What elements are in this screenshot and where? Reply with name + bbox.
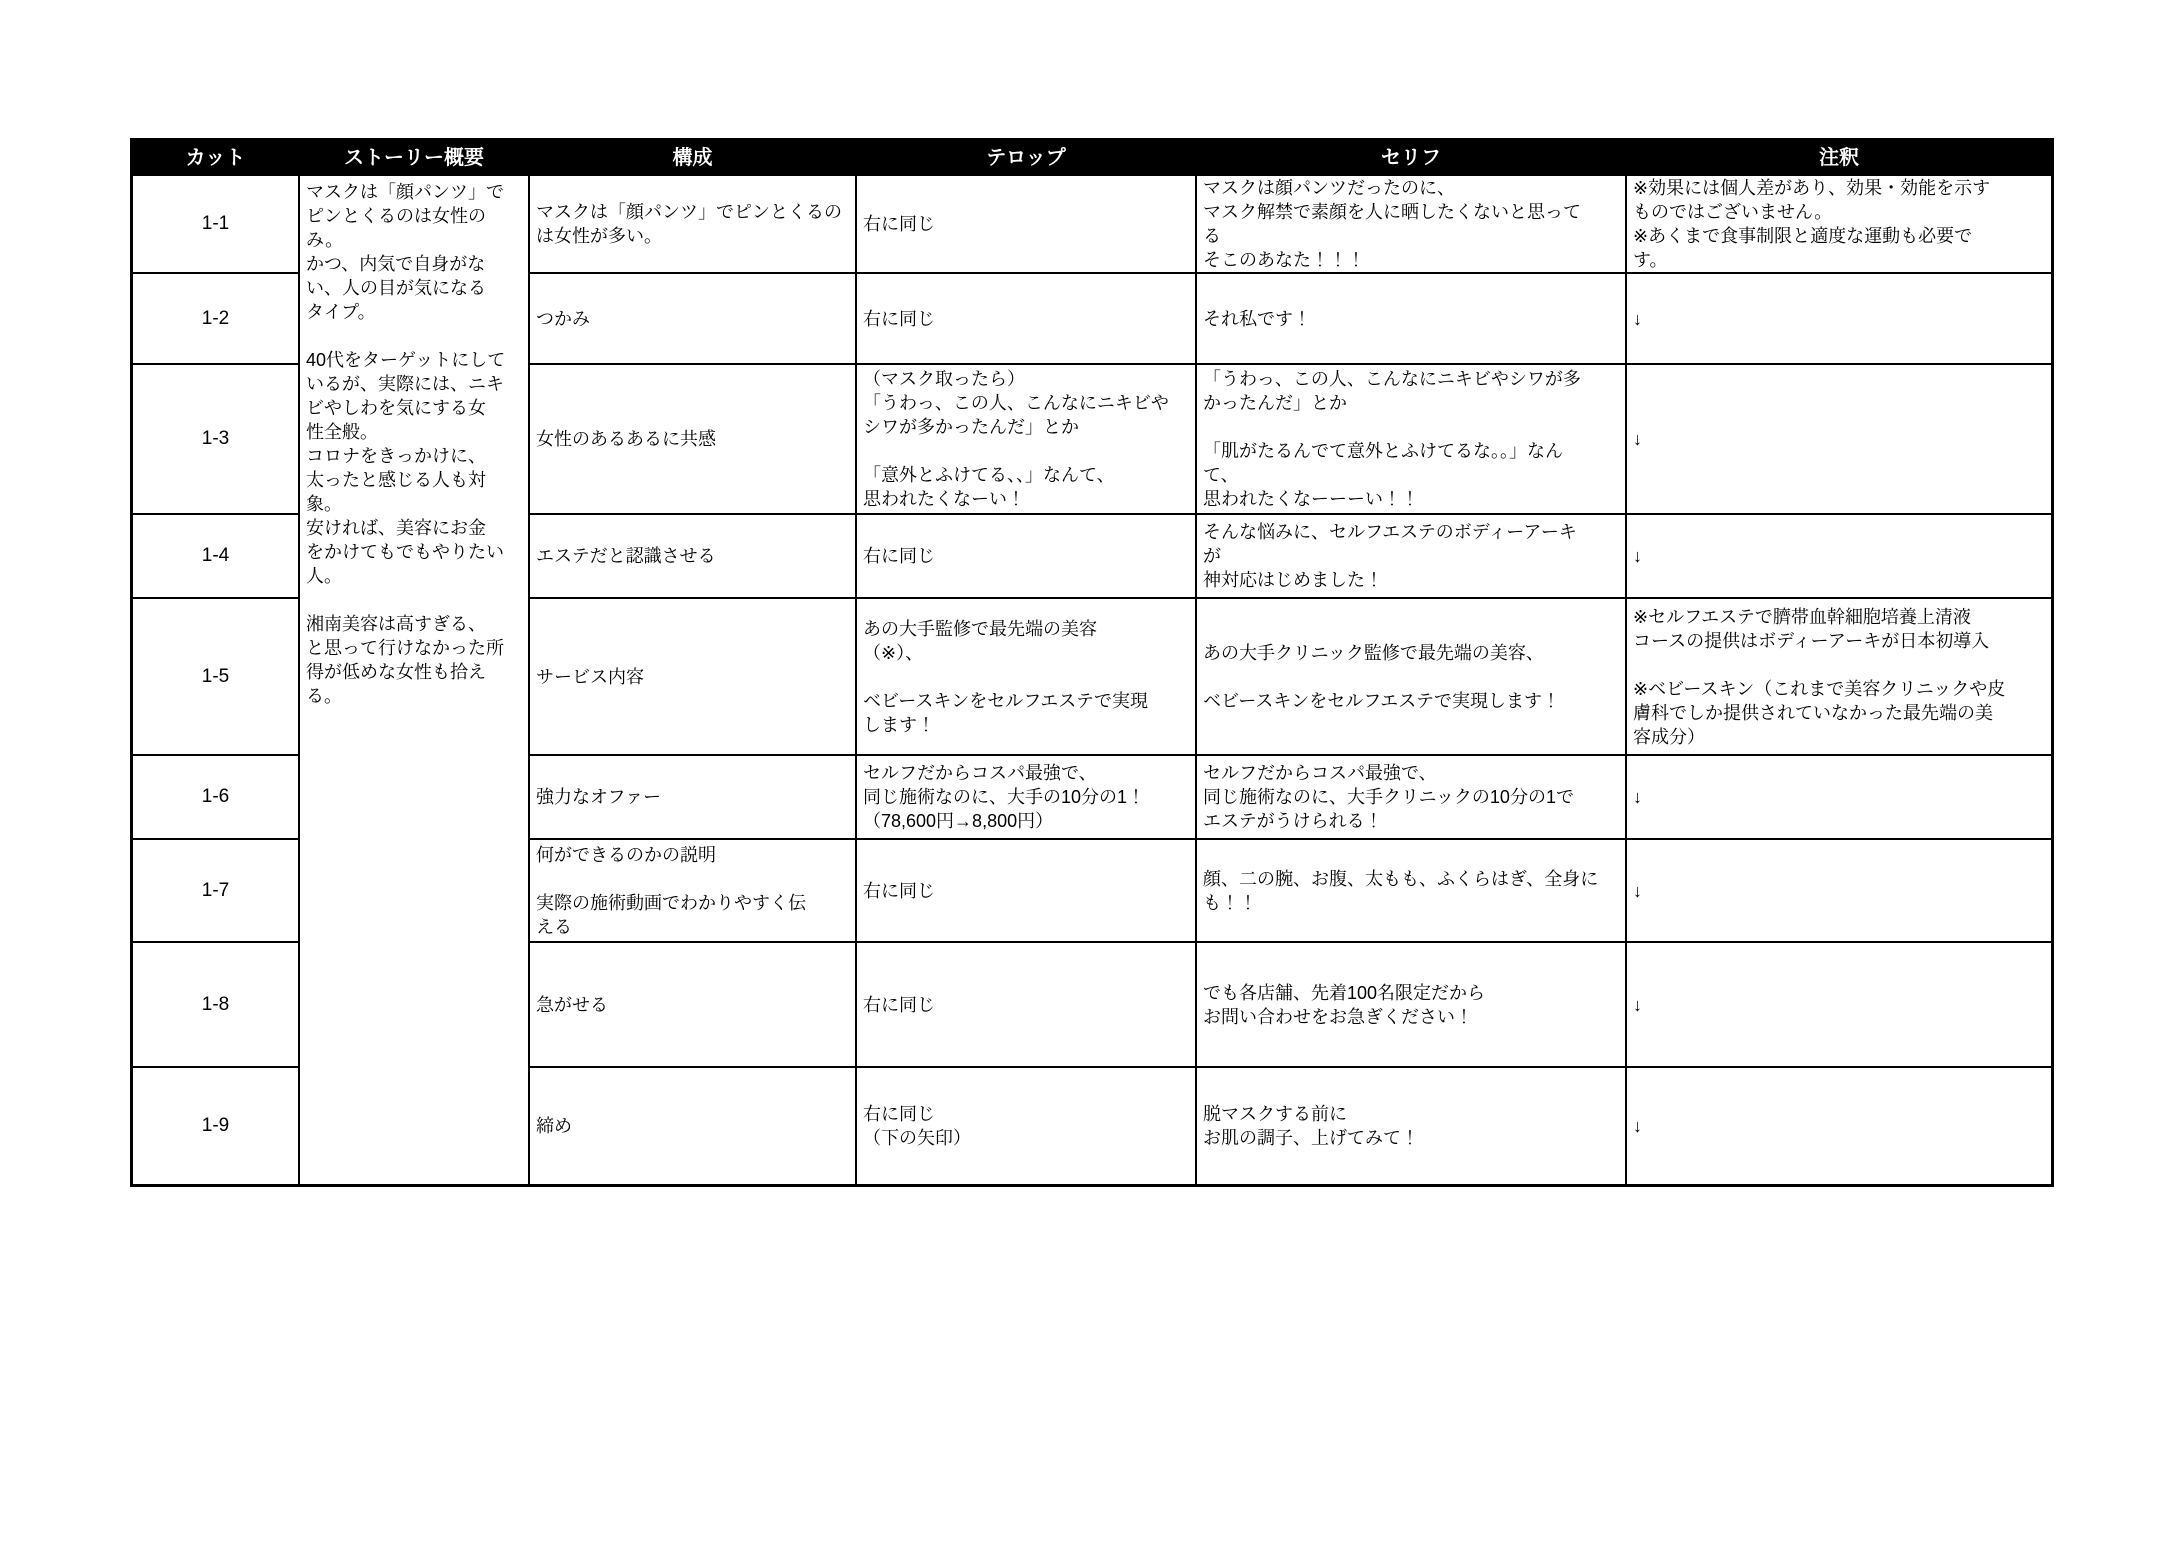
- cut-1-2: 1-2: [133, 274, 298, 363]
- cut-1-8: 1-8: [133, 943, 298, 1066]
- dialogue-1-8: でも各店舗、先着100名限定だから お問い合わせをお急ぎください！: [1197, 943, 1625, 1066]
- dialogue-1-2: それ私です！: [1197, 274, 1625, 363]
- cut-1-9: 1-9: [133, 1068, 298, 1184]
- cut-1-1: 1-1: [133, 176, 298, 272]
- cut-1-3: 1-3: [133, 365, 298, 513]
- column-header-note: 注釈: [1627, 141, 2051, 174]
- note-1-2: ↓: [1627, 274, 2051, 363]
- dialogue-1-6: セルフだからコスパ最強で、 同じ施術なのに、大手クリニックの10分の1で エステ…: [1197, 756, 1625, 838]
- structure-1-2: つかみ: [530, 274, 855, 363]
- telop-1-9: 右に同じ （下の矢印）: [857, 1068, 1195, 1184]
- dialogue-1-5: あの大手クリニック監修で最先端の美容、 ベビースキンをセルフエステで実現します！: [1197, 599, 1625, 754]
- structure-1-7: 何ができるのかの説明 実際の施術動画でわかりやすく伝 える: [530, 840, 855, 941]
- storyboard-table: カット ストーリー概要 構成 テロップ セリフ 注釈 マスクは「顔パンツ」で ピ…: [130, 138, 2054, 1187]
- column-header-dialogue: セリフ: [1197, 141, 1625, 174]
- cut-1-6: 1-6: [133, 756, 298, 838]
- dialogue-1-3: 「うわっ、この人、こんなにニキビやシワが多 かったんだ」とか 「肌がたるんでて意…: [1197, 365, 1625, 513]
- cut-1-4: 1-4: [133, 515, 298, 597]
- cut-1-5: 1-5: [133, 599, 298, 754]
- dialogue-1-1: マスクは顔パンツだったのに、 マスク解禁で素顔を人に晒したくないと思って る そ…: [1197, 176, 1625, 272]
- telop-1-6: セルフだからコスパ最強で、 同じ施術なのに、大手の10分の1！ （78,600円…: [857, 756, 1195, 838]
- structure-1-9: 締め: [530, 1068, 855, 1184]
- structure-1-6: 強力なオファー: [530, 756, 855, 838]
- telop-1-7: 右に同じ: [857, 840, 1195, 941]
- note-1-4: ↓: [1627, 515, 2051, 597]
- structure-1-8: 急がせる: [530, 943, 855, 1066]
- dialogue-1-9: 脱マスクする前に お肌の調子、上げてみて！: [1197, 1068, 1625, 1184]
- note-1-6: ↓: [1627, 756, 2051, 838]
- column-header-cut: カット: [133, 141, 298, 174]
- structure-1-1: マスクは「顔パンツ」でピンとくるの は女性が多い。: [530, 176, 855, 272]
- structure-1-4: エステだと認識させる: [530, 515, 855, 597]
- storyboard-sheet-page: カット ストーリー概要 構成 テロップ セリフ 注釈 マスクは「顔パンツ」で ピ…: [0, 0, 2184, 1543]
- column-header-structure: 構成: [530, 141, 855, 174]
- cut-1-7: 1-7: [133, 840, 298, 941]
- note-1-8: ↓: [1627, 943, 2051, 1066]
- note-1-1: ※効果には個人差があり、効果・効能を示す ものではございません。 ※あくまで食事…: [1627, 176, 2051, 272]
- telop-1-1: 右に同じ: [857, 176, 1195, 272]
- column-header-story: ストーリー概要: [300, 141, 528, 174]
- column-header-telop: テロップ: [857, 141, 1195, 174]
- telop-1-2: 右に同じ: [857, 274, 1195, 363]
- note-1-5: ※セルフエステで臍帯血幹細胞培養上清液 コースの提供はボディーアーキが日本初導入…: [1627, 599, 2051, 754]
- dialogue-1-4: そんな悩みに、セルフエステのボディーアーキ が 神対応はじめました！: [1197, 515, 1625, 597]
- telop-1-8: 右に同じ: [857, 943, 1195, 1066]
- note-1-7: ↓: [1627, 840, 2051, 941]
- telop-1-5: あの大手監修で最先端の美容 （※）、 ベビースキンをセルフエステで実現 します！: [857, 599, 1195, 754]
- story-overview-cell: マスクは「顔パンツ」で ピンとくるのは女性の み。 かつ、内気で自身がな い、人…: [300, 176, 528, 1184]
- structure-1-3: 女性のあるあるに共感: [530, 365, 855, 513]
- dialogue-1-7: 顔、二の腕、お腹、太もも、ふくらはぎ、全身に も！！: [1197, 840, 1625, 941]
- telop-1-4: 右に同じ: [857, 515, 1195, 597]
- note-1-3: ↓: [1627, 365, 2051, 513]
- note-1-9: ↓: [1627, 1068, 2051, 1184]
- structure-1-5: サービス内容: [530, 599, 855, 754]
- telop-1-3: （マスク取ったら） 「うわっ、この人、こんなにニキビや シワが多かったんだ」とか…: [857, 365, 1195, 513]
